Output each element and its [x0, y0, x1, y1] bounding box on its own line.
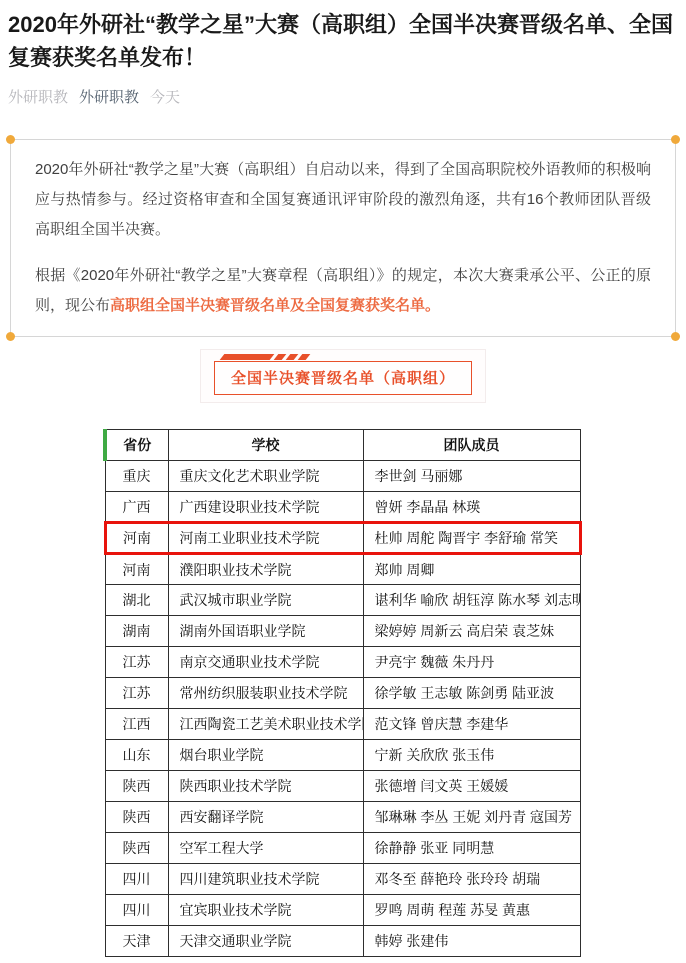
cell-school: 武汉城市职业学院 — [168, 585, 363, 616]
cell-school: 烟台职业学院 — [168, 740, 363, 771]
intro-paragraph-2: 根据《2020年外研社“教学之星”大赛章程（高职组）》的规定，本次大赛秉承公平、… — [35, 261, 651, 321]
cell-members: 韩婷 张建伟 — [363, 926, 580, 957]
cell-province: 陕西 — [105, 802, 168, 833]
cell-school: 湖南外国语职业学院 — [168, 616, 363, 647]
table-row: 广西广西建设职业技术学院曾妍 李晶晶 林瑛 — [105, 492, 580, 523]
intro-highlight-text: 高职组全国半决赛晋级名单及全国复赛获奖名单。 — [110, 297, 440, 314]
byline: 外研职教 外研职教 今天 — [8, 86, 678, 107]
intro-paragraph-1: 2020年外研社“教学之星”大赛（高职组）自启动以来，得到了全国高职院校外语教师… — [35, 155, 651, 245]
results-table-body: 重庆重庆文化艺术职业学院李世剑 马丽娜广西广西建设职业技术学院曾妍 李晶晶 林瑛… — [105, 461, 580, 957]
table-row: 陕西西安翻译学院邹琳琳 李丛 王妮 刘丹青 寇国芳 — [105, 802, 580, 833]
cell-province: 山东 — [105, 740, 168, 771]
header-province: 省份 — [105, 430, 168, 461]
cell-members: 曾妍 李晶晶 林瑛 — [363, 492, 580, 523]
cell-members: 谌利华 喻欣 胡钰淳 陈水琴 刘志明 — [363, 585, 580, 616]
article-page: 2020年外研社“教学之星”大赛（高职组）全国半决赛晋级名单、全国复赛获奖名单发… — [0, 0, 686, 957]
article-title: 2020年外研社“教学之星”大赛（高职组）全国半决赛晋级名单、全国复赛获奖名单发… — [8, 0, 678, 74]
cell-school: 天津交通职业学院 — [168, 926, 363, 957]
banner-frame: 全国半决赛晋级名单（高职组） — [200, 349, 486, 403]
table-row: 江苏常州纺织服装职业技术学院徐学敏 王志敏 陈剑勇 陆亚波 — [105, 678, 580, 709]
cell-members: 李世剑 马丽娜 — [363, 461, 580, 492]
cell-province: 天津 — [105, 926, 168, 957]
banner-stripes-decoration-icon — [222, 354, 308, 360]
byline-account-link[interactable]: 外研职教 — [79, 86, 139, 107]
cell-members: 杜帅 周舵 陶晋宇 李舒瑜 常笑 — [363, 523, 580, 554]
banner-section: 全国半决赛晋级名单（高职组） — [0, 349, 686, 403]
cell-members: 徐学敏 王志敏 陈剑勇 陆亚波 — [363, 678, 580, 709]
cell-school: 四川建筑职业技术学院 — [168, 864, 363, 895]
cell-members: 梁婷婷 周新云 高启荣 袁芝妹 — [363, 616, 580, 647]
banner: 全国半决赛晋级名单（高职组） — [214, 361, 472, 395]
cell-school: 陕西职业技术学院 — [168, 771, 363, 802]
corner-dot-top-left — [6, 135, 15, 144]
results-table: 省份 学校 团队成员 重庆重庆文化艺术职业学院李世剑 马丽娜广西广西建设职业技术… — [103, 429, 582, 957]
cell-province: 重庆 — [105, 461, 168, 492]
cell-province: 江西 — [105, 709, 168, 740]
table-row: 河南濮阳职业技术学院郑帅 周卿 — [105, 554, 580, 585]
cell-province: 湖北 — [105, 585, 168, 616]
banner-title: 全国半决赛晋级名单（高职组） — [231, 370, 455, 387]
cell-members: 徐静静 张亚 同明慧 — [363, 833, 580, 864]
intro-box: 2020年外研社“教学之星”大赛（高职组）自启动以来，得到了全国高职院校外语教师… — [10, 139, 676, 337]
table-row: 山东烟台职业学院宁新 关欣欣 张玉伟 — [105, 740, 580, 771]
table-row: 陕西陕西职业技术学院张德增 闫文英 王媛媛 — [105, 771, 580, 802]
table-row: 湖北武汉城市职业学院谌利华 喻欣 胡钰淳 陈水琴 刘志明 — [105, 585, 580, 616]
table-row: 重庆重庆文化艺术职业学院李世剑 马丽娜 — [105, 461, 580, 492]
cell-province: 河南 — [105, 554, 168, 585]
table-row-highlighted: 河南河南工业职业技术学院杜帅 周舵 陶晋宇 李舒瑜 常笑 — [105, 523, 580, 554]
header-school: 学校 — [168, 430, 363, 461]
corner-dot-top-right — [671, 135, 680, 144]
table-header-row: 省份 学校 团队成员 — [105, 430, 580, 461]
table-row: 陕西空军工程大学徐静静 张亚 同明慧 — [105, 833, 580, 864]
table-row: 湖南湖南外国语职业学院梁婷婷 周新云 高启荣 袁芝妹 — [105, 616, 580, 647]
cell-province: 四川 — [105, 895, 168, 926]
cell-province: 广西 — [105, 492, 168, 523]
table-row: 江苏南京交通职业技术学院尹亮宇 魏薇 朱丹丹 — [105, 647, 580, 678]
cell-school: 广西建设职业技术学院 — [168, 492, 363, 523]
corner-dot-bottom-right — [671, 332, 680, 341]
cell-province: 陕西 — [105, 771, 168, 802]
cell-province: 河南 — [105, 523, 168, 554]
header-members: 团队成员 — [363, 430, 580, 461]
cell-school: 宜宾职业技术学院 — [168, 895, 363, 926]
table-row: 江西江西陶瓷工艺美术职业技术学院范文锋 曾庆慧 李建华 — [105, 709, 580, 740]
cell-members: 罗鸣 周萌 程莲 苏旻 黄惠 — [363, 895, 580, 926]
cell-school: 西安翻译学院 — [168, 802, 363, 833]
cell-school: 常州纺织服装职业技术学院 — [168, 678, 363, 709]
cell-members: 邹琳琳 李丛 王妮 刘丹青 寇国芳 — [363, 802, 580, 833]
cell-school: 河南工业职业技术学院 — [168, 523, 363, 554]
cell-school: 江西陶瓷工艺美术职业技术学院 — [168, 709, 363, 740]
corner-dot-bottom-left — [6, 332, 15, 341]
cell-province: 陕西 — [105, 833, 168, 864]
cell-school: 空军工程大学 — [168, 833, 363, 864]
byline-date: 今天 — [150, 86, 180, 107]
table-row: 四川宜宾职业技术学院罗鸣 周萌 程莲 苏旻 黄惠 — [105, 895, 580, 926]
cell-school: 重庆文化艺术职业学院 — [168, 461, 363, 492]
cell-members: 张德增 闫文英 王媛媛 — [363, 771, 580, 802]
cell-members: 邓冬至 薛艳玲 张玲玲 胡瑞 — [363, 864, 580, 895]
cell-province: 四川 — [105, 864, 168, 895]
cell-school: 濮阳职业技术学院 — [168, 554, 363, 585]
cell-school: 南京交通职业技术学院 — [168, 647, 363, 678]
cell-province: 江苏 — [105, 678, 168, 709]
cell-members: 范文锋 曾庆慧 李建华 — [363, 709, 580, 740]
table-row: 天津天津交通职业学院韩婷 张建伟 — [105, 926, 580, 957]
cell-province: 江苏 — [105, 647, 168, 678]
cell-members: 尹亮宇 魏薇 朱丹丹 — [363, 647, 580, 678]
cell-members: 宁新 关欣欣 张玉伟 — [363, 740, 580, 771]
table-row: 四川四川建筑职业技术学院邓冬至 薛艳玲 张玲玲 胡瑞 — [105, 864, 580, 895]
cell-province: 湖南 — [105, 616, 168, 647]
byline-source: 外研职教 — [8, 86, 68, 107]
cell-members: 郑帅 周卿 — [363, 554, 580, 585]
